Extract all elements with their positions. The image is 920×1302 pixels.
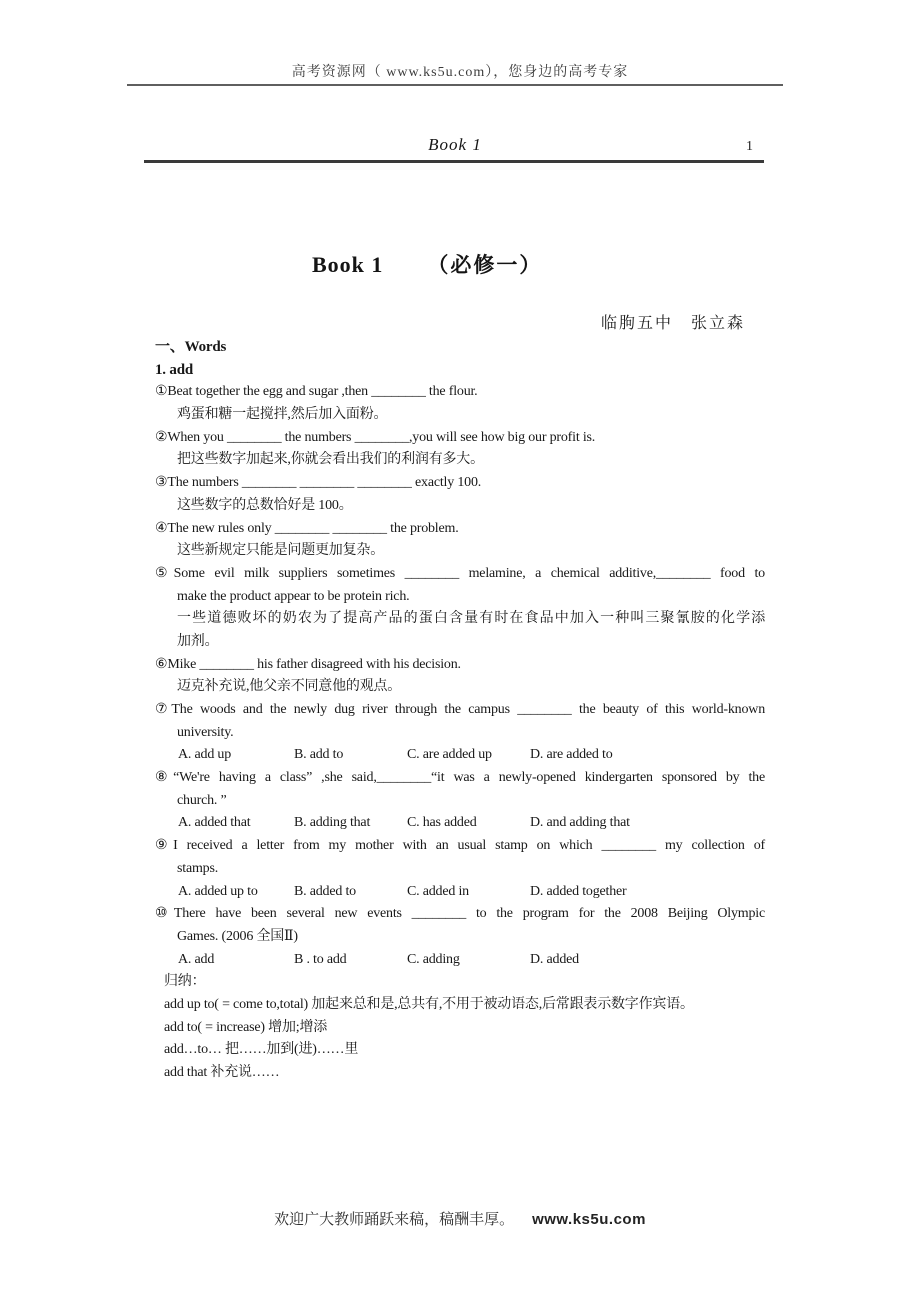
document-title-en: Book 1 [312,252,383,277]
usage-note-4: add that 补充说…… [155,1062,765,1085]
scanned-worksheet-page: 高考资源网（ www.ks5u.com），您身边的高考专家 Book 1 1 B… [0,0,920,1302]
options-row-9: A. added up to B. added to C. added in D… [155,881,765,904]
page-head-divider-line [144,160,764,163]
option-b: B. added to [294,881,407,904]
translation-3: 这些数字的总数恰好是 100。 [155,495,765,518]
exercise-sentence-7-cont: university. [155,722,765,745]
option-c: C. adding [407,949,530,972]
option-c: C. are added up [407,744,530,767]
option-d: D. added [530,949,765,972]
footer-slogan: 欢迎广大教师踊跃来稿，稿酬丰厚。 [274,1212,514,1228]
option-a: A. added up to [178,881,294,904]
page-number: 1 [746,139,753,155]
option-a: A. add [178,949,294,972]
option-b: B. adding that [294,812,407,835]
usage-note-1: add up to( = come to,total) 加起来总和是,总共有,不… [155,994,765,1017]
header-divider-line [127,84,783,86]
exercise-sentence-6: ⑥Mike ________ his father disagreed with… [155,654,765,677]
options-row-10: A. add B . to add C. adding D. added [155,949,765,972]
exercise-sentence-5-cont: make the product appear to be protein ri… [155,586,765,609]
exercise-sentence-5: ⑤Some evil milk suppliers sometimes ____… [155,563,765,586]
exercise-sentence-7: ⑦The woods and the newly dug river throu… [155,699,765,722]
options-row-7: A. add up B. add to C. are added up D. a… [155,744,765,767]
exercise-sentence-4: ④The new rules only ________ ________ th… [155,518,765,541]
translation-2: 把这些数字加起来,你就会看出我们的利润有多大。 [155,449,765,472]
exercise-sentence-1: ①Beat together the egg and sugar ,then _… [155,381,765,404]
option-d: D. added together [530,881,765,904]
site-header-slogan: 高考资源网（ www.ks5u.com），您身边的高考专家 [0,61,920,81]
option-a: A. add up [178,744,294,767]
document-title: Book 1（必修一） [312,249,542,279]
footer-site-url: www.ks5u.com [532,1211,646,1228]
option-c: C. added in [407,881,530,904]
option-d: D. are added to [530,744,765,767]
exercise-sentence-8-cont: church. ” [155,790,765,813]
exercise-sentence-9: ⑨I received a letter from my mother with… [155,835,765,858]
exercise-sentence-8: ⑧“We're having a class” ,she said,______… [155,767,765,790]
option-a: A. added that [178,812,294,835]
translation-5-cont: 加剂。 [155,631,765,654]
translation-5: 一些道德败坏的奶农为了提高产品的蛋白含量有时在食品中加入一种叫三聚氰胺的化学添 [155,608,765,631]
usage-note-3: add…to… 把……加到(进)……里 [155,1039,765,1062]
section-heading: 一、Words [155,336,765,359]
page-footer: 欢迎广大教师踊跃来稿，稿酬丰厚。www.ks5u.com [0,1208,920,1229]
option-d: D. and adding that [530,812,765,835]
option-b: B . to add [294,949,407,972]
translation-6: 迈克补充说,他父亲不同意他的观点。 [155,676,765,699]
running-title: Book 1 [127,135,783,155]
translation-4: 这些新规定只能是问题更加复杂。 [155,540,765,563]
exercise-sentence-10: ⑩There have been several new events ____… [155,903,765,926]
translation-1: 鸡蛋和糖一起搅拌,然后加入面粉。 [155,404,765,427]
exercise-sentence-10-cont: Games. (2006 全国Ⅱ) [155,926,765,949]
options-row-8: A. added that B. adding that C. has adde… [155,812,765,835]
option-c: C. has added [407,812,530,835]
exercise-sentence-9-cont: stamps. [155,858,765,881]
document-title-zh: （必修一） [427,253,542,277]
usage-note-2: add to( = increase) 增加;增添 [155,1017,765,1040]
author-line: 临朐五中 张立森 [601,310,745,333]
option-b: B. add to [294,744,407,767]
worksheet-content: 一、Words 1. add ①Beat together the egg an… [155,336,765,1085]
summary-heading: 归纳： [155,971,765,994]
exercise-sentence-2: ②When you ________ the numbers ________,… [155,427,765,450]
exercise-sentence-3: ③The numbers ________ ________ ________ … [155,472,765,495]
entry-heading: 1. add [155,359,765,382]
